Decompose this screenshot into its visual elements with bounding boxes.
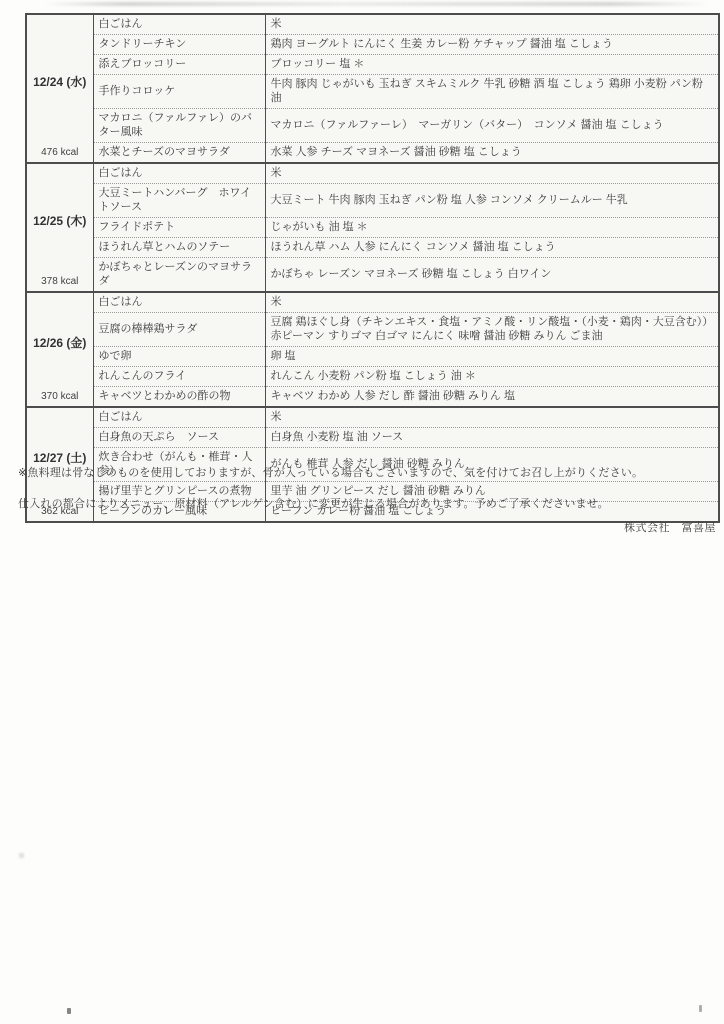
menu-row: 12/26 (金)370 kcal白ごはん米: [26, 292, 719, 313]
menu-row: ゆで卵卵 塩: [26, 347, 719, 367]
menu-table: 12/24 (水)476 kcal白ごはん米タンドリーチキン鶏肉 ヨーグルト に…: [25, 13, 720, 523]
ingredients-cell: ブロッコリー 塩 ＊: [265, 55, 719, 75]
scan-speck: [699, 1005, 702, 1012]
dish-name-cell: かぼちゃとレーズンのマヨサラダ: [93, 258, 265, 293]
dish-name-cell: 水菜とチーズのマヨサラダ: [93, 143, 265, 164]
dish-name-cell: 大豆ミートハンバーグ ホワイトソース: [93, 184, 265, 218]
date-cell: 12/26 (金)370 kcal: [26, 292, 93, 407]
dish-name-cell: ゆで卵: [93, 347, 265, 367]
ingredients-cell: 豆腐 鶏ほぐし身（チキンエキス・食塩・アミノ酸・リン酸塩・（小麦・鶏肉・大豆含む…: [265, 313, 719, 347]
menu-row: 豆腐の棒棒鶏サラダ豆腐 鶏ほぐし身（チキンエキス・食塩・アミノ酸・リン酸塩・（小…: [26, 313, 719, 347]
date-label: 12/24 (水): [29, 75, 91, 89]
ingredients-cell: キャベツ わかめ 人参 だし 酢 醤油 砂糖 みりん 塩: [265, 387, 719, 408]
note-menu-change: 仕入れの都合によりメニュー、原材料（アレルゲン含む）に変更が生じる場合があります…: [18, 497, 609, 512]
ingredients-cell: 水菜 人参 チーズ マヨネーズ 醤油 砂糖 塩 こしょう: [265, 143, 719, 164]
dish-name-cell: れんこんのフライ: [93, 367, 265, 387]
menu-row: 手作りコロッケ牛肉 豚肉 じゃがいも 玉ねぎ スキムミルク 牛乳 砂糖 酒 塩 …: [26, 75, 719, 109]
date-cell: 12/24 (水)476 kcal: [26, 14, 93, 163]
menu-row: 12/27 (土)362 kcal白ごはん米: [26, 407, 719, 428]
dish-name-cell: フライドポテト: [93, 218, 265, 238]
dish-name-cell: 白ごはん: [93, 292, 265, 313]
ingredients-cell: 米: [265, 407, 719, 428]
ingredients-cell: れんこん 小麦粉 パン粉 塩 こしょう 油 ＊: [265, 367, 719, 387]
menu-row: 12/25 (木)378 kcal白ごはん米: [26, 163, 719, 184]
menu-row: キャベツとわかめの酢の物キャベツ わかめ 人参 だし 酢 醤油 砂糖 みりん 塩: [26, 387, 719, 408]
date-label: 12/26 (金): [29, 336, 91, 350]
dish-name-cell: キャベツとわかめの酢の物: [93, 387, 265, 408]
dish-name-cell: 手作りコロッケ: [93, 75, 265, 109]
menu-row: 12/24 (水)476 kcal白ごはん米: [26, 14, 719, 35]
kcal-label: 476 kcal: [27, 146, 93, 160]
menu-row: ほうれん草とハムのソテーほうれん草 ハム 人参 にんにく コンソメ 醤油 塩 こ…: [26, 238, 719, 258]
company-name: 株式会社 富喜屋: [624, 519, 716, 535]
scan-speck: [67, 1008, 71, 1014]
dish-name-cell: 白ごはん: [93, 14, 265, 35]
dish-name-cell: 白ごはん: [93, 407, 265, 428]
dish-name-cell: 白ごはん: [93, 163, 265, 184]
ingredients-cell: マカロニ（ファルファーレ） マーガリン（バター） コンソメ 醤油 塩 こしょう: [265, 109, 719, 143]
kcal-label: 378 kcal: [27, 275, 93, 289]
ingredients-cell: 米: [265, 14, 719, 35]
kcal-label: 370 kcal: [27, 390, 93, 404]
ingredients-cell: 牛肉 豚肉 じゃがいも 玉ねぎ スキムミルク 牛乳 砂糖 酒 塩 こしょう 鶏卵…: [265, 75, 719, 109]
ingredients-cell: かぼちゃ レーズン マヨネーズ 砂糖 塩 こしょう 白ワイン: [265, 258, 719, 293]
dish-name-cell: 白身魚の天ぷら ソース: [93, 428, 265, 448]
dish-name-cell: ほうれん草とハムのソテー: [93, 238, 265, 258]
menu-row: 水菜とチーズのマヨサラダ水菜 人参 チーズ マヨネーズ 醤油 砂糖 塩 こしょう: [26, 143, 719, 164]
dish-name-cell: タンドリーチキン: [93, 35, 265, 55]
dish-name-cell: マカロニ（ファルファレ）のバター風味: [93, 109, 265, 143]
note-fish-bones: ※魚料理は骨なしのものを使用しておりますが、骨が入っている場合もございますので、…: [18, 466, 643, 481]
ingredients-cell: 卵 塩: [265, 347, 719, 367]
date-label: 12/25 (木): [29, 214, 91, 228]
menu-row: れんこんのフライれんこん 小麦粉 パン粉 塩 こしょう 油 ＊: [26, 367, 719, 387]
menu-row: フライドポテトじゃがいも 油 塩 ＊: [26, 218, 719, 238]
ingredients-cell: 鶏肉 ヨーグルト にんにく 生姜 カレー粉 ケチャップ 醤油 塩 こしょう: [265, 35, 719, 55]
ingredients-cell: じゃがいも 油 塩 ＊: [265, 218, 719, 238]
menu-row: かぼちゃとレーズンのマヨサラダかぼちゃ レーズン マヨネーズ 砂糖 塩 こしょう…: [26, 258, 719, 293]
menu-row: マカロニ（ファルファレ）のバター風味マカロニ（ファルファーレ） マーガリン（バタ…: [26, 109, 719, 143]
menu-row: 大豆ミートハンバーグ ホワイトソース大豆ミート 牛肉 豚肉 玉ねぎ パン粉 塩 …: [26, 184, 719, 218]
ingredients-cell: ほうれん草 ハム 人参 にんにく コンソメ 醤油 塩 こしょう: [265, 238, 719, 258]
menu-row: 白身魚の天ぷら ソース白身魚 小麦粉 塩 油 ソース: [26, 428, 719, 448]
date-label: 12/27 (土): [29, 451, 91, 465]
ingredients-cell: 米: [265, 163, 719, 184]
scan-artifact-top: [45, 2, 710, 6]
ingredients-cell: 米: [265, 292, 719, 313]
menu-table-body: 12/24 (水)476 kcal白ごはん米タンドリーチキン鶏肉 ヨーグルト に…: [26, 14, 719, 522]
menu-row: タンドリーチキン鶏肉 ヨーグルト にんにく 生姜 カレー粉 ケチャップ 醤油 塩…: [26, 35, 719, 55]
date-cell: 12/25 (木)378 kcal: [26, 163, 93, 292]
scan-speck: [19, 853, 24, 858]
scanned-menu-page: 12/24 (水)476 kcal白ごはん米タンドリーチキン鶏肉 ヨーグルト に…: [0, 0, 724, 1024]
dish-name-cell: 豆腐の棒棒鶏サラダ: [93, 313, 265, 347]
ingredients-cell: 白身魚 小麦粉 塩 油 ソース: [265, 428, 719, 448]
dish-name-cell: 添えブロッコリー: [93, 55, 265, 75]
ingredients-cell: 大豆ミート 牛肉 豚肉 玉ねぎ パン粉 塩 人参 コンソメ クリームルー 牛乳: [265, 184, 719, 218]
menu-row: 添えブロッコリーブロッコリー 塩 ＊: [26, 55, 719, 75]
